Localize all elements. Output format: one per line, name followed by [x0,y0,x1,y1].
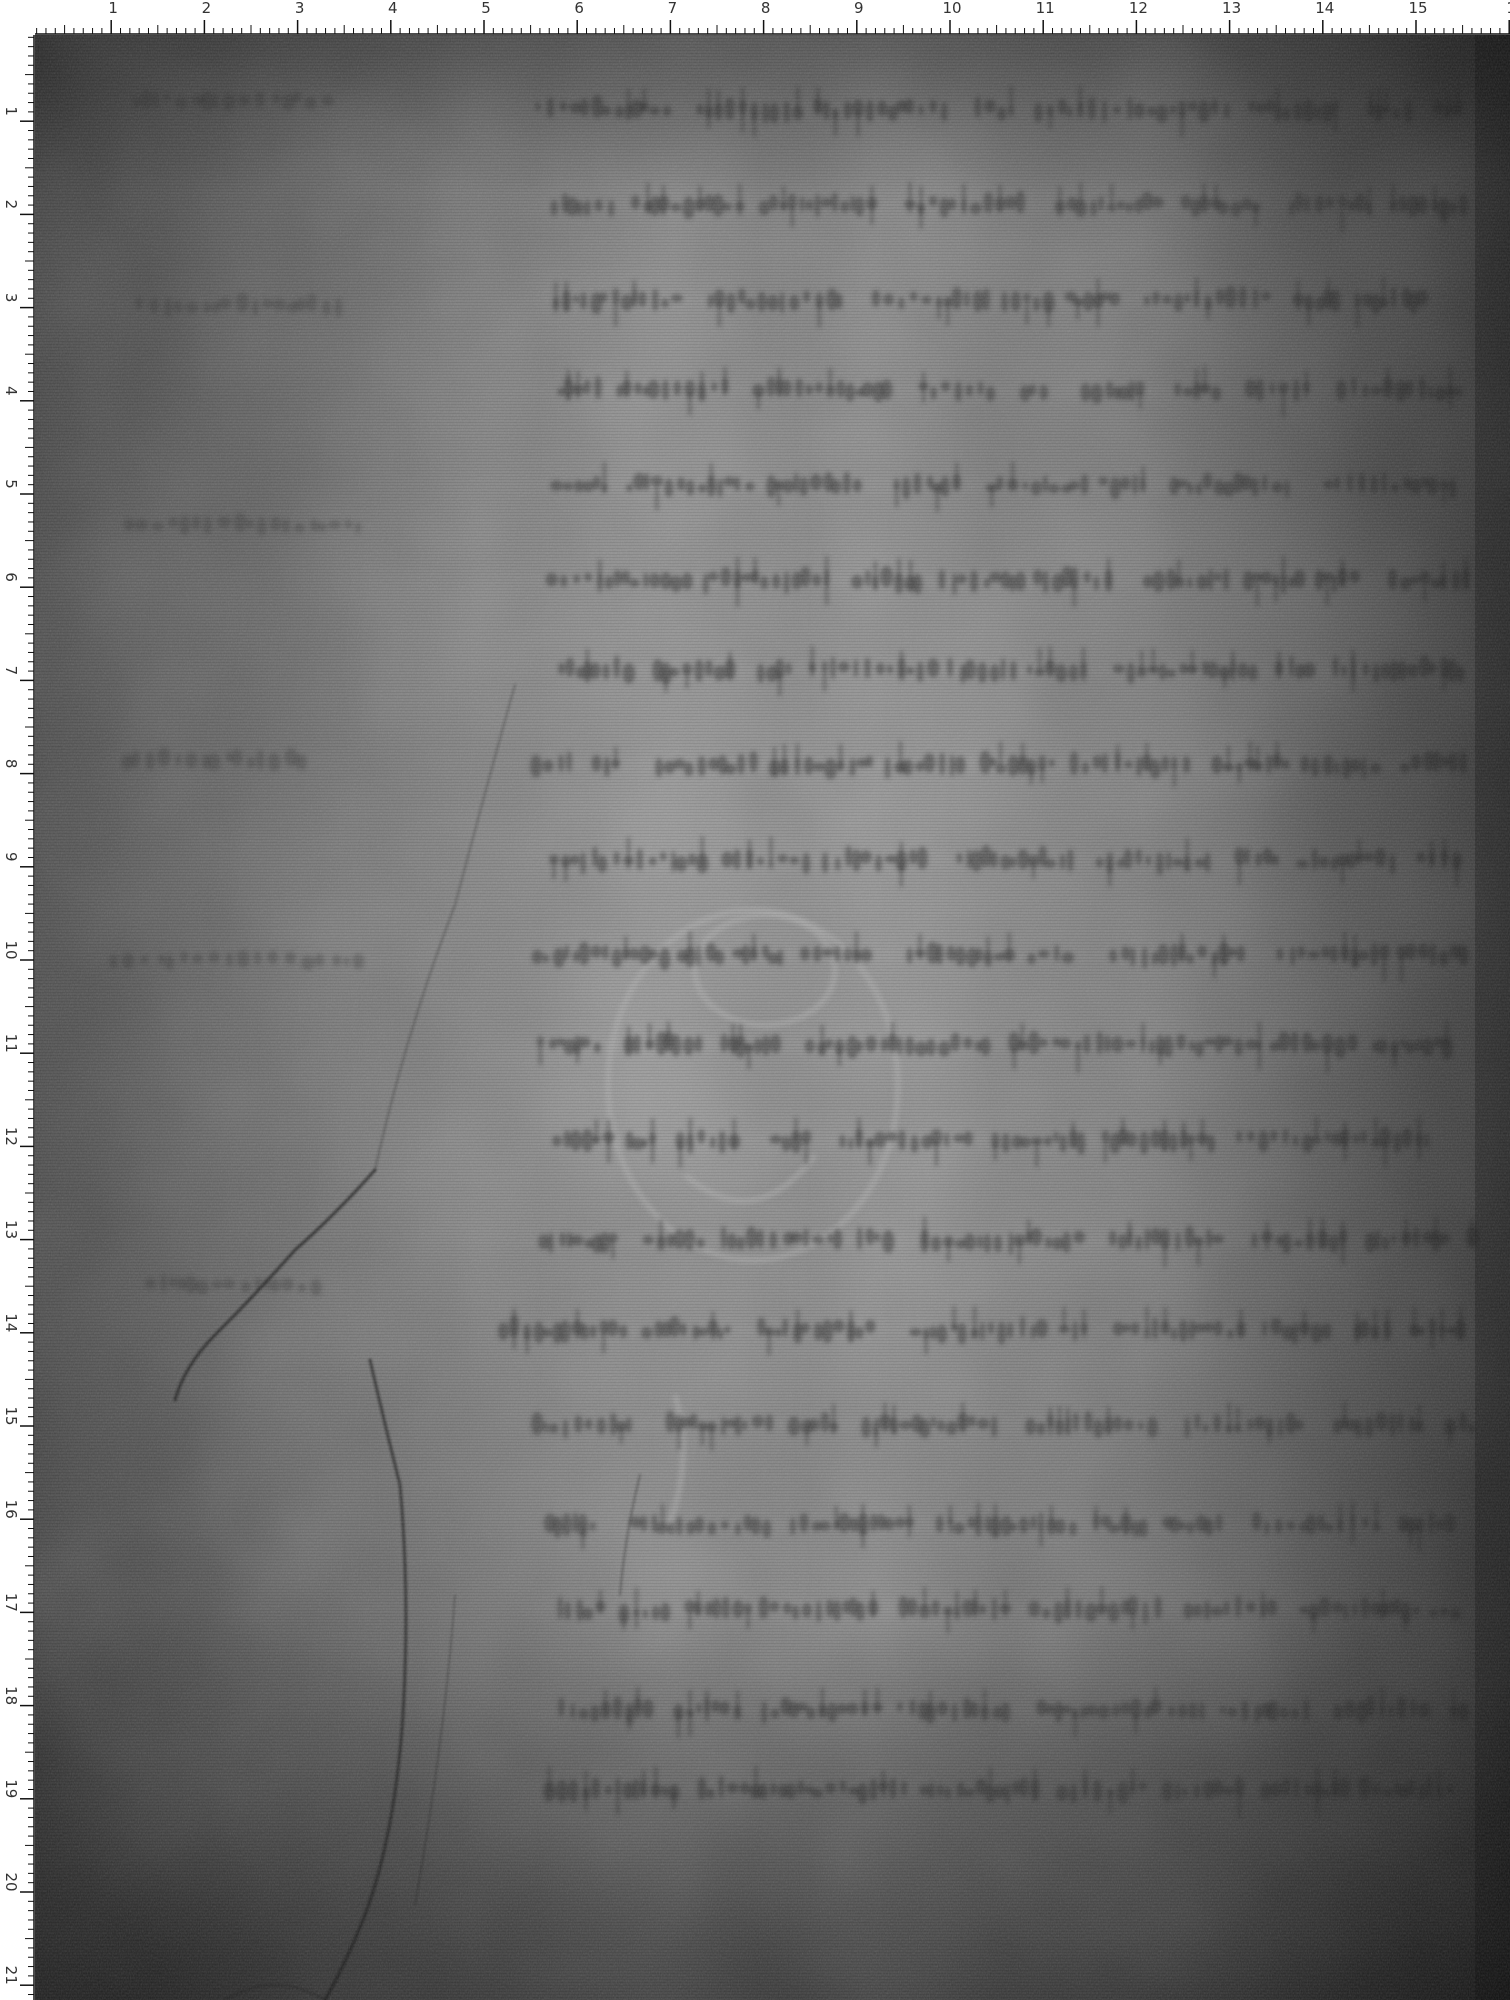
ruler-top-label: 13 [1222,0,1241,17]
ruler-left-label: 18 [2,1686,20,1705]
ruler-top-label: 10 [942,0,961,17]
ruler-left-label: 19 [2,1779,20,1798]
ruler-left-label: 6 [2,572,20,582]
ruler-corner [0,0,35,35]
ruler-left-label: 16 [2,1500,20,1519]
ruler-top-label: 8 [761,0,771,17]
ruler-left-label: 9 [2,852,20,862]
ruler-left-label: 11 [2,1034,20,1053]
ruler-top: 01234567891011121314151 [0,0,1510,35]
ruler-top-label: 7 [668,0,678,17]
ruler-left-label: 2 [2,200,20,210]
ruler-top-label: 5 [481,0,491,17]
ruler-top-label: 9 [854,0,864,17]
ruler-left-label: 13 [2,1220,20,1239]
manuscript-scan [35,35,1510,2000]
manuscript-image [35,35,1510,2000]
ruler-top-label: 11 [1036,0,1055,17]
ruler-left-label: 21 [2,1966,20,1985]
ruler-left-ticks: 0123456789101112131415161718192021 [0,0,35,2000]
ruler-left-label: 10 [2,940,20,959]
ruler-left-label: 1 [2,106,20,116]
ruler-left-label: 12 [2,1127,20,1146]
ruler-top-label: 1 [1506,0,1510,17]
ruler-top-label: 14 [1315,0,1334,17]
ruler-left-label: 14 [2,1313,20,1332]
ruler-left: 0123456789101112131415161718192021 [0,0,35,2000]
ruler-left-label: 4 [2,386,20,396]
ruler-top-label: 2 [202,0,212,17]
ruler-top-label: 12 [1129,0,1148,17]
ruler-left-label: 8 [2,759,20,769]
ruler-top-label: 3 [295,0,305,17]
ruler-top-label: 1 [108,0,118,17]
ruler-top-label: 4 [388,0,398,17]
ruler-left-label: 15 [2,1406,20,1425]
ruler-top-ticks: 01234567891011121314151 [0,0,1510,35]
ruler-top-label: 15 [1408,0,1427,17]
ruler-left-label: 20 [2,1872,20,1891]
ruler-left-label: 17 [2,1593,20,1612]
ruler-left-label: 5 [2,479,20,489]
ruler-left-label: 3 [2,293,20,303]
ruler-left-label: 7 [2,666,20,676]
ruler-top-label: 6 [574,0,584,17]
